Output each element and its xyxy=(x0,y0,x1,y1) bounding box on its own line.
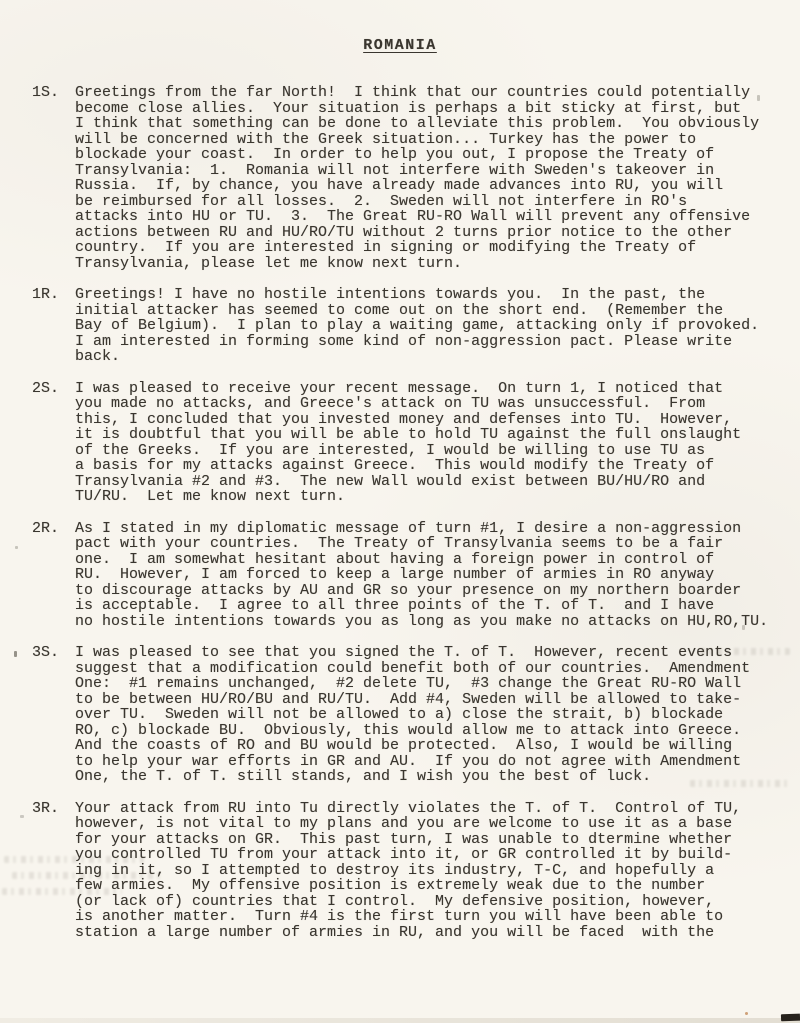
scan-speck xyxy=(742,625,745,630)
scan-artifact-corner xyxy=(781,1014,800,1022)
paragraph-3r: 3R. Your attack from RU into Tu directly… xyxy=(32,801,790,941)
page-title: ROMANIA xyxy=(32,38,768,54)
scan-shadow xyxy=(0,1018,800,1023)
paragraph-1r: 1R. Greetings! I have no hostile intenti… xyxy=(32,287,790,365)
paragraph-text: I was pleased to see that you signed the… xyxy=(75,645,790,785)
paragraph-text: I was pleased to receive your recent mes… xyxy=(75,381,790,505)
bleed-through-artifact xyxy=(700,648,790,655)
paragraph-2s: 2S. I was pleased to receive your recent… xyxy=(32,381,790,505)
paragraph-label: 3R. xyxy=(32,801,75,817)
scan-speck xyxy=(14,651,17,657)
paragraph-2r: 2R. As I stated in my diplomatic message… xyxy=(32,521,790,630)
paragraph-label: 3S. xyxy=(32,645,75,661)
bleed-through-artifact xyxy=(2,888,122,895)
scan-speck xyxy=(757,95,760,101)
paragraph-text: Greetings! I have no hostile intentions … xyxy=(75,287,790,365)
paragraph-label: 1R. xyxy=(32,287,75,303)
paragraph-label: 2S. xyxy=(32,381,75,397)
paragraph-text: Greetings from the far North! I think th… xyxy=(75,85,790,271)
scan-speck xyxy=(15,546,18,549)
paragraph-label: 1S. xyxy=(32,85,75,101)
paragraph-text: Your attack from RU into Tu directly vio… xyxy=(75,801,790,941)
scan-speck xyxy=(20,815,24,818)
scan-speck xyxy=(745,1012,748,1015)
paragraph-3s: 3S. I was pleased to see that you signed… xyxy=(32,645,790,785)
document-page: ROMANIA 1S. Greetings from the far North… xyxy=(0,0,800,1023)
bleed-through-artifact xyxy=(690,780,790,787)
paragraph-text: As I stated in my diplomatic message of … xyxy=(75,521,790,630)
paragraph-1s: 1S. Greetings from the far North! I thin… xyxy=(32,85,790,271)
paragraph-label: 2R. xyxy=(32,521,75,537)
bleed-through-artifact xyxy=(12,872,162,879)
bleed-through-artifact xyxy=(4,856,144,863)
